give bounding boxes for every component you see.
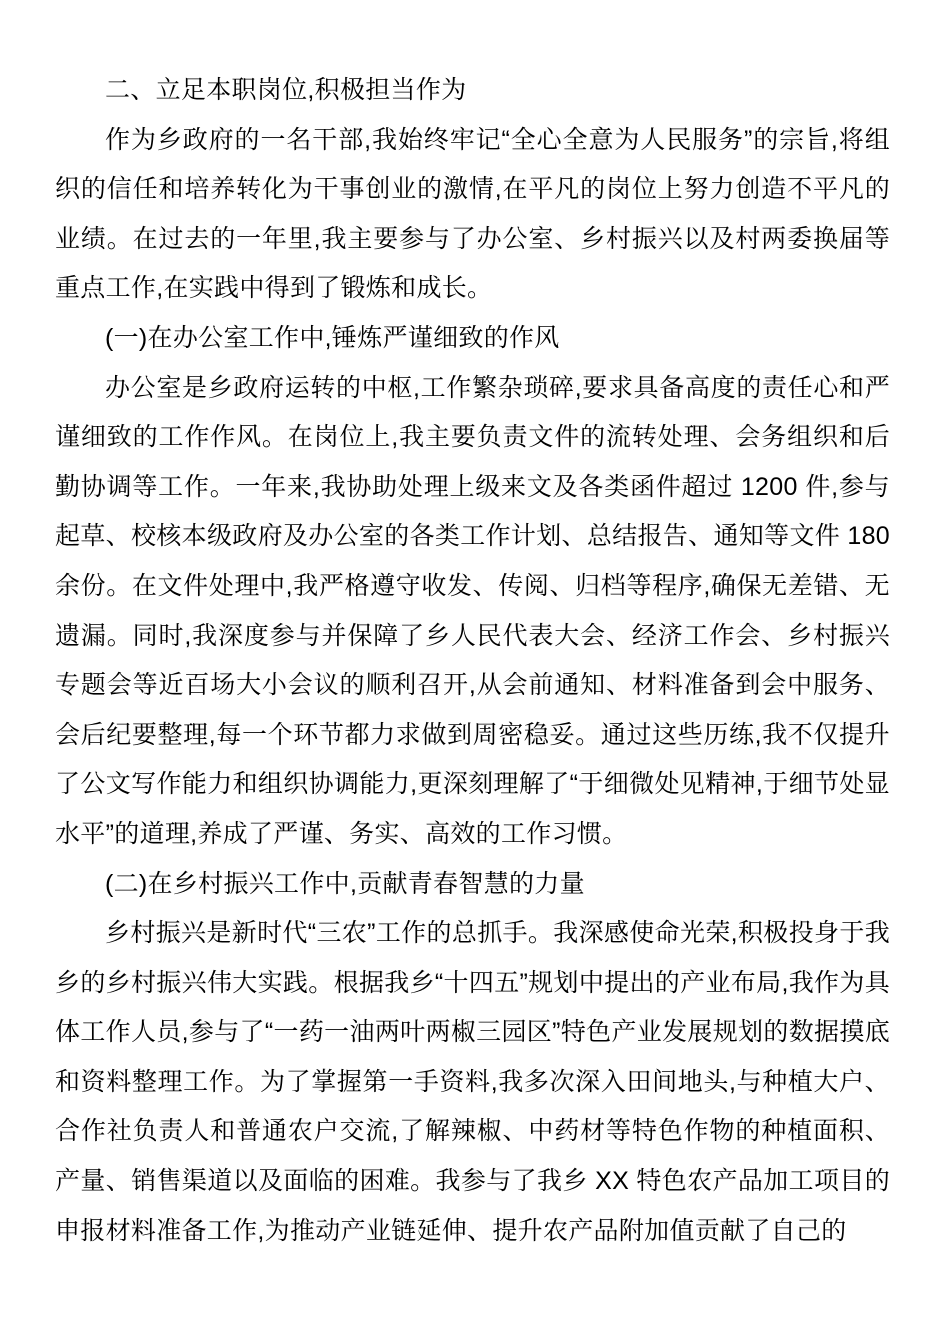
paragraph-office-work: 办公室是乡政府运转的中枢,工作繁杂琐碎,要求具备高度的责任心和严谨细致的工作作风… [55,364,890,860]
subsection-heading-2: (二)在乡村振兴工作中,贡献青春智慧的力量 [55,860,890,910]
paragraph-rural-revitalization: 乡村振兴是新时代“三农”工作的总抓手。我深感使命光荣,积极投身于我乡的乡村振兴伟… [55,909,890,1256]
section-heading-2: 二、立足本职岗位,积极担当作为 [55,66,890,116]
subsection-heading-1: (一)在办公室工作中,锤炼严谨细致的作风 [55,314,890,364]
document-page: 二、立足本职岗位,积极担当作为 作为乡政府的一名干部,我始终牢记“全心全意为人民… [0,0,950,1344]
paragraph-intro: 作为乡政府的一名干部,我始终牢记“全心全意为人民服务”的宗旨,将组织的信任和培养… [55,116,890,314]
